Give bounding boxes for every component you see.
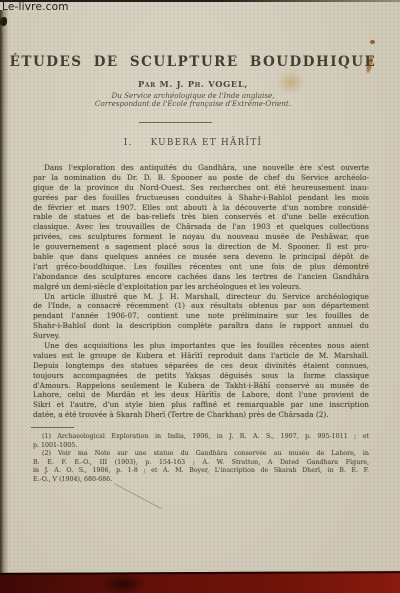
body-line: de l'Inde, a consacré récemment (1) aux … xyxy=(33,301,369,311)
ornament-rule xyxy=(139,122,212,123)
body-line: l'abondance des sculptures encore cachée… xyxy=(33,272,369,282)
author-affiliation-line: Correspondant de l'École française d'Ext… xyxy=(0,99,386,108)
body-line: values est le groupe de Kubera et Hārītī… xyxy=(33,351,369,361)
body-line: d'Amours. Rappelons seulement le Kubera … xyxy=(33,381,369,391)
body-line: gique de la province du Nord-Ouest. Ses … xyxy=(33,183,369,193)
body-line: Une des acquisitions les plus importante… xyxy=(33,341,369,351)
ink-speck xyxy=(0,17,7,26)
footnote-line: E.-O., V (1904), 680-686. xyxy=(33,476,369,485)
section-numeral: I. xyxy=(124,138,133,148)
book-cover-strip xyxy=(0,571,400,593)
footnote-line: (1) Archaeological Exploration in India,… xyxy=(33,433,369,442)
body-line: rable de statues et de bas-reliefs très … xyxy=(33,212,369,222)
footnote-line: (2) Voir ma Note sur une statue du Gandh… xyxy=(33,450,369,459)
footnote-line: in J. A. O. S., 1906, p. 1-8 ; et A. M. … xyxy=(33,467,369,476)
body-line: privées, ces sculptures forment le noyau… xyxy=(33,232,369,242)
watermark-text: Le-livre.com xyxy=(2,1,69,13)
body-line: Lahore, celui de Mardān et les deux Hārī… xyxy=(33,390,369,400)
body-line: classique. Avec les trouvailles de Chârs… xyxy=(33,222,369,232)
body-line: l'art gréco-bouddhique. Les fouilles réc… xyxy=(33,262,369,272)
body-line: Shahr-i-Bahlol dont la description compl… xyxy=(33,321,369,331)
body-line: de février et mars 1907. Elles ont about… xyxy=(33,203,369,213)
body-line: datée, a été trouvée à Skarah Dherī (Ter… xyxy=(33,410,369,420)
body-line: gurées par des fouilles fructueuses cond… xyxy=(33,193,369,203)
book-page-photo: Le-livre.com ÉTUDES DE SCULPTURE BOUDDHI… xyxy=(0,0,400,593)
cover-edge-line xyxy=(0,571,400,575)
article-title: ÉTUDES DE SCULPTURE BOUDDHIQUE xyxy=(0,54,386,70)
body-line: Survey. xyxy=(33,331,369,341)
body-line: Sikri et l'autre, d'un style bien plus r… xyxy=(33,400,369,410)
author-byline: Par M. J. Ph. VOGEL, xyxy=(0,79,386,89)
body-line: Depuis longtemps des statues séparées de… xyxy=(33,361,369,371)
body-line: le gouvernement a sagement placé sous la… xyxy=(33,242,369,252)
footnote-line: p. 1001-1005. xyxy=(33,442,369,451)
body-text: Dans l'exploration des antiquités du Gan… xyxy=(33,163,369,420)
section-heading: I.KUBERA ET HĀRĪTĪ xyxy=(0,138,386,148)
footnotes: (1) Archaeological Exploration in India,… xyxy=(33,433,369,484)
body-line: bable que dans quelques années ce musée … xyxy=(33,252,369,262)
section-title: KUBERA ET HĀRĪTĪ xyxy=(151,138,263,148)
body-line: Dans l'exploration des antiquités du Gan… xyxy=(33,163,369,173)
body-line: malgré un demi-siècle d'exploitation par… xyxy=(33,282,369,292)
footnote-rule xyxy=(31,427,74,428)
body-line: par la nomination du Dr. D. B. Spooner a… xyxy=(33,173,369,183)
cover-dark-blotch xyxy=(98,572,148,593)
body-line: pendant l'année 1906-07, contient une no… xyxy=(33,311,369,321)
footnote-line: B. É. F. E.-O., III (1903), p. 154-163 ;… xyxy=(33,459,369,468)
body-line: Un article illustré que M. J. H. Marshal… xyxy=(33,292,369,302)
scratch-mark xyxy=(114,483,162,509)
stain-speck xyxy=(370,40,375,44)
body-line: toujours accompagnées de petits Yakṣas d… xyxy=(33,371,369,381)
